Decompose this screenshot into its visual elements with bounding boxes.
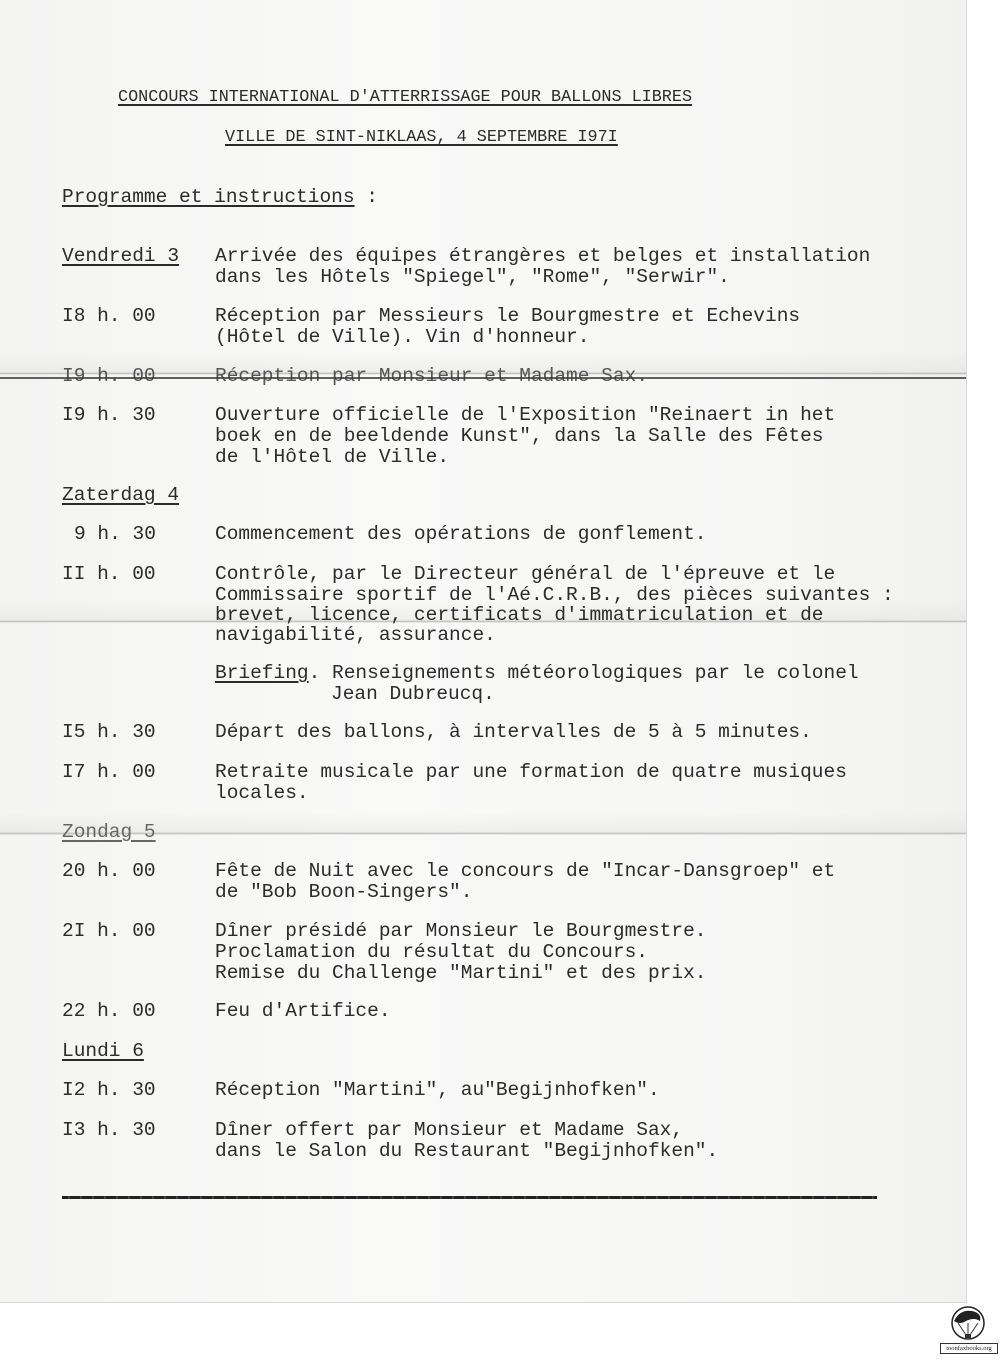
day-label-zaterdag: Zaterdag 4 <box>62 485 179 506</box>
document-title: CONCOURS INTERNATIONAL D'ATTERRISSAGE PO… <box>118 88 692 108</box>
entry-time: 20 h. 00 <box>62 861 156 882</box>
briefing-label: Briefing <box>215 662 309 684</box>
day-label-lundi: Lundi 6 <box>62 1041 144 1062</box>
watermark-label: toonfaxbooks.org <box>940 1343 998 1354</box>
day-label-zondag: Zondag 5 <box>62 822 156 843</box>
entry-text: Feu d'Artifice. <box>215 1001 391 1022</box>
hot-air-balloon-icon <box>940 1305 996 1345</box>
briefing-text: . Renseignements météorologiques par le … <box>309 662 859 684</box>
entry-time: II h. 00 <box>62 564 156 585</box>
entry-time: I2 h. 30 <box>62 1080 156 1101</box>
watermark-logo: toonfaxbooks.org <box>940 1305 996 1357</box>
entry-time: I9 h. 30 <box>62 405 156 426</box>
entry-text: Proclamation du résultat du Concours. <box>215 942 648 963</box>
entry-text: Retraite musicale par une formation de q… <box>215 762 847 783</box>
entry-text: Remise du Challenge "Martini" et des pri… <box>215 963 706 984</box>
entry-text: (Hôtel de Ville). Vin d'honneur. <box>215 327 589 348</box>
entry-text: brevet, licence, certificats d'immatricu… <box>215 605 824 626</box>
entry-text: de l'Hôtel de Ville. <box>215 447 449 468</box>
briefing-line: Briefing. Renseignements météorologiques… <box>215 663 859 684</box>
entry-text: de "Bob Boon-Singers". <box>215 882 472 903</box>
day-label-vendredi: Vendredi 3 <box>62 246 179 267</box>
entry-time: I7 h. 00 <box>62 762 156 783</box>
entry-text: Réception par Messieurs le Bourgmestre e… <box>215 306 800 327</box>
section-heading: Programme et instructions : <box>62 187 378 208</box>
entry-text: Dîner présidé par Monsieur le Bourgmestr… <box>215 921 706 942</box>
entry-text: Jean Dubreucq. <box>331 684 495 705</box>
entry-text: Commencement des opérations de gonflemen… <box>215 524 706 545</box>
entry-text: Réception "Martini", au"Begijnhofken". <box>215 1080 660 1101</box>
entry-text: Dîner offert par Monsieur et Madame Sax, <box>215 1120 683 1141</box>
entry-text: Fête de Nuit avec le concours de "Incar-… <box>215 861 835 882</box>
entry-text: dans les Hôtels "Spiegel", "Rome", "Serw… <box>215 267 730 288</box>
entry-time: I8 h. 00 <box>62 306 156 327</box>
entry-text: navigabilité, assurance. <box>215 625 496 646</box>
entry-text: Commissaire sportif de l'Aé.C.R.B., des … <box>215 585 894 606</box>
entry-time: 9 h. 30 <box>74 524 156 545</box>
entry-text: Arrivée des équipes étrangères et belges… <box>215 246 870 267</box>
entry-text: Départ des ballons, à intervalles de 5 à… <box>215 722 812 743</box>
entry-text: boek en de beeldende Kunst", dans la Sal… <box>215 426 824 447</box>
document-subtitle: VILLE DE SINT-NIKLAAS, 4 SEPTEMBRE I97I <box>225 128 618 148</box>
entry-text: locales. <box>215 783 309 804</box>
entry-text: Ouverture officielle de l'Exposition "Re… <box>215 405 835 426</box>
section-heading-suffix: : <box>355 186 378 208</box>
section-heading-text: Programme et instructions <box>62 186 355 208</box>
entry-time: 2I h. 00 <box>62 921 156 942</box>
entry-time: I5 h. 30 <box>62 722 156 743</box>
closing-rule <box>62 1196 877 1199</box>
entry-text: dans le Salon du Restaurant "Begijnhofke… <box>215 1141 718 1162</box>
paper-sheet: CONCOURS INTERNATIONAL D'ATTERRISSAGE PO… <box>0 0 967 1303</box>
entry-text: Contrôle, par le Directeur général de l'… <box>215 564 835 585</box>
entry-time: 22 h. 00 <box>62 1001 156 1022</box>
strikethrough-line <box>0 377 966 379</box>
entry-time: I3 h. 30 <box>62 1120 156 1141</box>
